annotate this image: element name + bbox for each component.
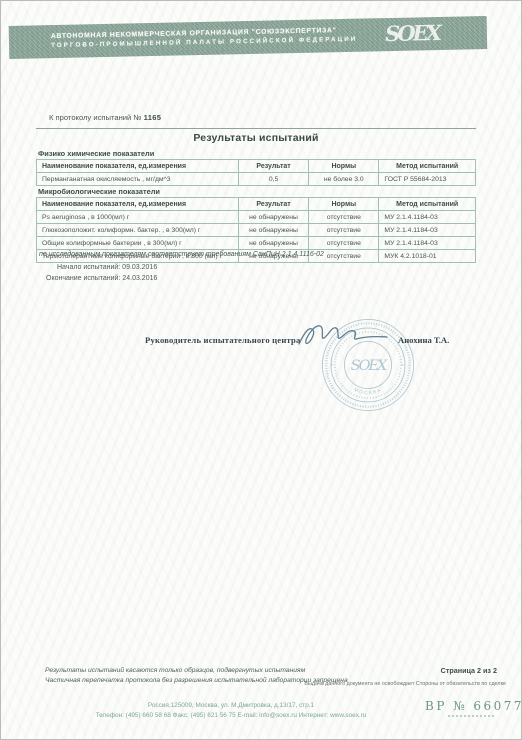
table-row: Общие колиформные бактерии , в 300(мл) г… [37,237,476,250]
method-cell: ГОСТ Р 55684-2013 [379,173,476,186]
signatory-role: Руководитель испытательного центра [145,335,300,345]
table-row: Перманганатная окисляемость , мг/дм^3 0,… [37,173,476,186]
svg-text:*: * [331,364,334,370]
indicator-cell: Общие колиформные бактерии , в 300(мл) г [37,237,239,250]
test-end-date: Окончание испытаний: 24.03.2016 [46,275,157,282]
norm-cell: отсутствие [309,211,379,224]
handwritten-signature [297,321,389,351]
letterhead-text: АВТОНОМНАЯ НЕКОММЕРЧЕСКАЯ ОРГАНИЗАЦИЯ "С… [9,27,358,51]
footer-disclaimer: Выдача данного документа не освобождает … [304,681,506,687]
end-date-value: 24.03.2016 [122,275,157,282]
physchem-section-title: Физико химические показатели [38,149,154,158]
norm-cell: отсутствие [309,224,379,237]
protocol-reference: К протоколу испытаний № 1165 [49,113,161,122]
conformity-note: по исследованным показателям соответству… [39,251,324,258]
address-block: Россия,125009, Москва, ул. М.Дмитровка, … [36,701,426,721]
soex-logo: SOEX [385,20,439,46]
column-header: Результат [238,198,308,211]
column-header: Метод испытаний [379,160,476,173]
page-number: Страница 2 из 2 [441,666,497,675]
column-header: Наименование показателя, ед.измерения [37,160,239,173]
form-number: ВР № 660779 [425,699,522,713]
norm-cell: не более 3.0 [309,173,379,186]
indicator-cell: Глюкозоположит. колиформн. бактер. , в 3… [37,224,239,237]
column-header: Наименование показателя, ед.измерения [37,198,239,211]
result-cell: не обнаружены [238,211,308,224]
scanned-protocol-page: АВТОНОМНАЯ НЕКОММЕРЧЕСКАЯ ОРГАНИЗАЦИЯ "С… [0,0,522,740]
method-cell: МУ 2.1.4.1184-03 [379,211,476,224]
svg-text:*: * [402,364,405,370]
method-cell: МУК 4.2.1018-01 [379,250,476,263]
table-row: Глюкозоположит. колиформн. бактер. , в 3… [37,224,476,237]
column-header: Нормы [309,198,379,211]
page-title: Результаты испытаний [36,132,476,144]
org-contacts: Телефон: (495) 660 58 68 Факс: (495) 621… [36,711,426,721]
physchem-header-row: Наименование показателя, ед.измерения Ре… [37,160,476,173]
letterhead-banner: АВТОНОМНАЯ НЕКОММЕРЧЕСКАЯ ОРГАНИЗАЦИЯ "С… [9,16,488,59]
physchem-table: Наименование показателя, ед.измерения Ре… [36,159,476,186]
end-date-label: Окончание испытаний: [46,275,120,282]
start-date-value: 09.03.2016 [122,264,157,271]
indicator-cell: Ps aeruginosa , в 1000(мл) г [37,211,239,224]
paper-texture [1,1,521,739]
column-header: Нормы [309,160,379,173]
indicator-cell: Перманганатная окисляемость , мг/дм^3 [37,173,239,186]
norm-cell: отсутствие [309,237,379,250]
start-date-label: Начало испытаний: [57,264,120,271]
footer-note-2: Частичная перепечатка протокола без разр… [45,677,348,684]
org-address: Россия,125009, Москва, ул. М.Дмитровка, … [36,701,426,711]
header-divider [36,128,476,129]
micro-text-line [448,715,494,717]
test-start-date: Начало испытаний: 09.03.2016 [57,264,157,271]
microbio-header-row: Наименование показателя, ед.измерения Ре… [37,198,476,211]
result-cell: не обнаружены [238,237,308,250]
footer-note-1: Результаты испытаний касаются только обр… [45,667,305,674]
protocol-number: 1165 [144,113,162,122]
result-cell: не обнаружены [238,224,308,237]
result-cell: 0,5 [238,173,308,186]
column-header: Результат [238,160,308,173]
protocol-label: К протоколу испытаний № [49,113,142,122]
signatory-name: Анохина Т.А. [398,335,449,345]
column-header: Метод испытаний [379,198,476,211]
method-cell: МУ 2.1.4.1184-03 [379,224,476,237]
stamp-center-text: SOEX [351,358,388,374]
table-row: Ps aeruginosa , в 1000(мл) г не обнаруже… [37,211,476,224]
microbio-section-title: Микробиологические показатели [38,187,160,196]
method-cell: МУ 2.1.4.1184-03 [379,237,476,250]
